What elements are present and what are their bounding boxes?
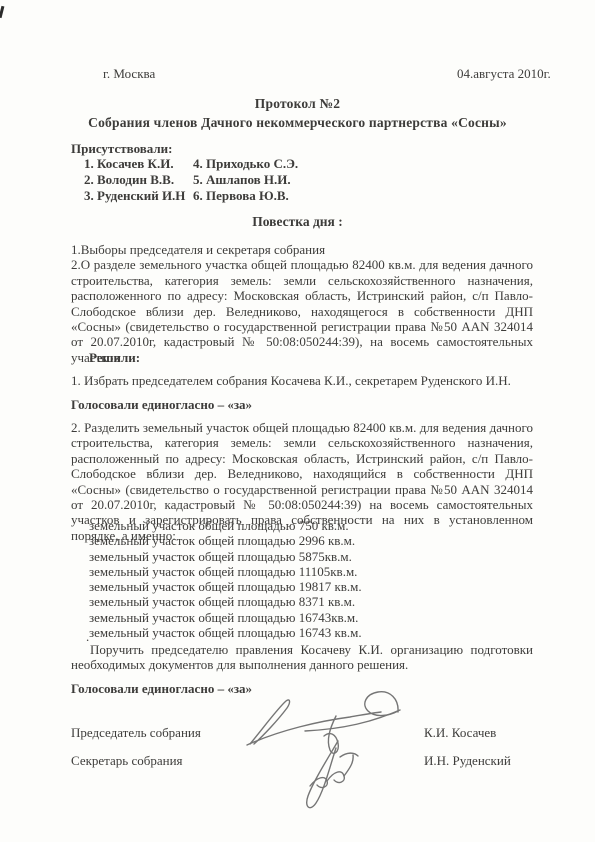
plot-item: земельный участок общей площадью 16743 к… <box>89 625 362 640</box>
plot-item: земельный участок общей площадью 19817 к… <box>89 579 362 594</box>
plot-item: земельный участок общей площадью 5875кв.… <box>89 549 362 564</box>
secretary-name: И.Н. Руденский <box>424 753 511 769</box>
chairman-name: К.И. Косачев <box>424 725 496 741</box>
attendee-item: 1. Косачев К.И. <box>84 156 193 172</box>
attendees-list: 1. Косачев К.И. 4. Приходько С.Э. 2. Вол… <box>84 156 298 204</box>
secretary-label: Секретарь собрания <box>71 753 183 769</box>
attendee-row: 2. Володин В.В. 5. Ашлапов Н.И. <box>84 172 298 188</box>
plot-item: земельный участок общей площадью 750 кв.… <box>89 518 362 533</box>
attendee-item: 4. Приходько С.Э. <box>193 156 298 172</box>
plot-list: земельный участок общей площадью 750 кв.… <box>89 518 362 640</box>
agenda-item-2: 2.О разделе земельного участка общей пло… <box>71 257 533 365</box>
attendee-item: 2. Володин В.В. <box>84 172 193 188</box>
document-page: г. Москва 04.августа 2010г. Протокол №2 … <box>0 0 595 842</box>
attendee-row: 3. Руденский И.Н 6. Первова Ю.В. <box>84 188 298 204</box>
handwritten-signature <box>243 686 413 816</box>
scan-artifact <box>0 6 4 18</box>
plot-item: земельный участок общей площадью 2996 кв… <box>89 533 362 548</box>
doc-subtitle: Собрания членов Дачного некоммерческого … <box>0 115 595 131</box>
chairman-label: Председатель собрания <box>71 725 201 741</box>
city-label: г. Москва <box>103 66 155 82</box>
attendee-item: 3. Руденский И.Н <box>84 188 193 204</box>
attendee-item: 5. Ашлапов Н.И. <box>193 172 298 188</box>
agenda-item-1: 1.Выборы председателя и секретаря собран… <box>71 242 533 257</box>
resolutions-heading: Решили: <box>89 350 140 366</box>
plot-item: земельный участок общей площадью 16743кв… <box>89 610 362 625</box>
resolution-1: 1. Избрать председателем собрания Косаче… <box>71 373 511 388</box>
assignment-paragraph: Поручить председателю правления Косачеву… <box>71 642 533 673</box>
agenda-heading: Повестка дня : <box>0 214 595 230</box>
doc-title: Протокол №2 <box>0 96 595 112</box>
attendees-heading: Присутствовали: <box>71 141 173 157</box>
vote-result-1: Голосовали единогласно – «за» <box>71 397 252 413</box>
date-label: 04.августа 2010г. <box>457 66 551 82</box>
attendee-item: 6. Первова Ю.В. <box>193 188 298 204</box>
plot-item: земельный участок общей площадью 8371 кв… <box>89 594 362 609</box>
attendee-row: 1. Косачев К.И. 4. Приходько С.Э. <box>84 156 298 172</box>
vote-result-2: Голосовали единогласно – «за» <box>71 681 252 697</box>
plot-item: земельный участок общей площадью 11105кв… <box>89 564 362 579</box>
agenda-section: 1.Выборы председателя и секретаря собран… <box>71 242 533 365</box>
